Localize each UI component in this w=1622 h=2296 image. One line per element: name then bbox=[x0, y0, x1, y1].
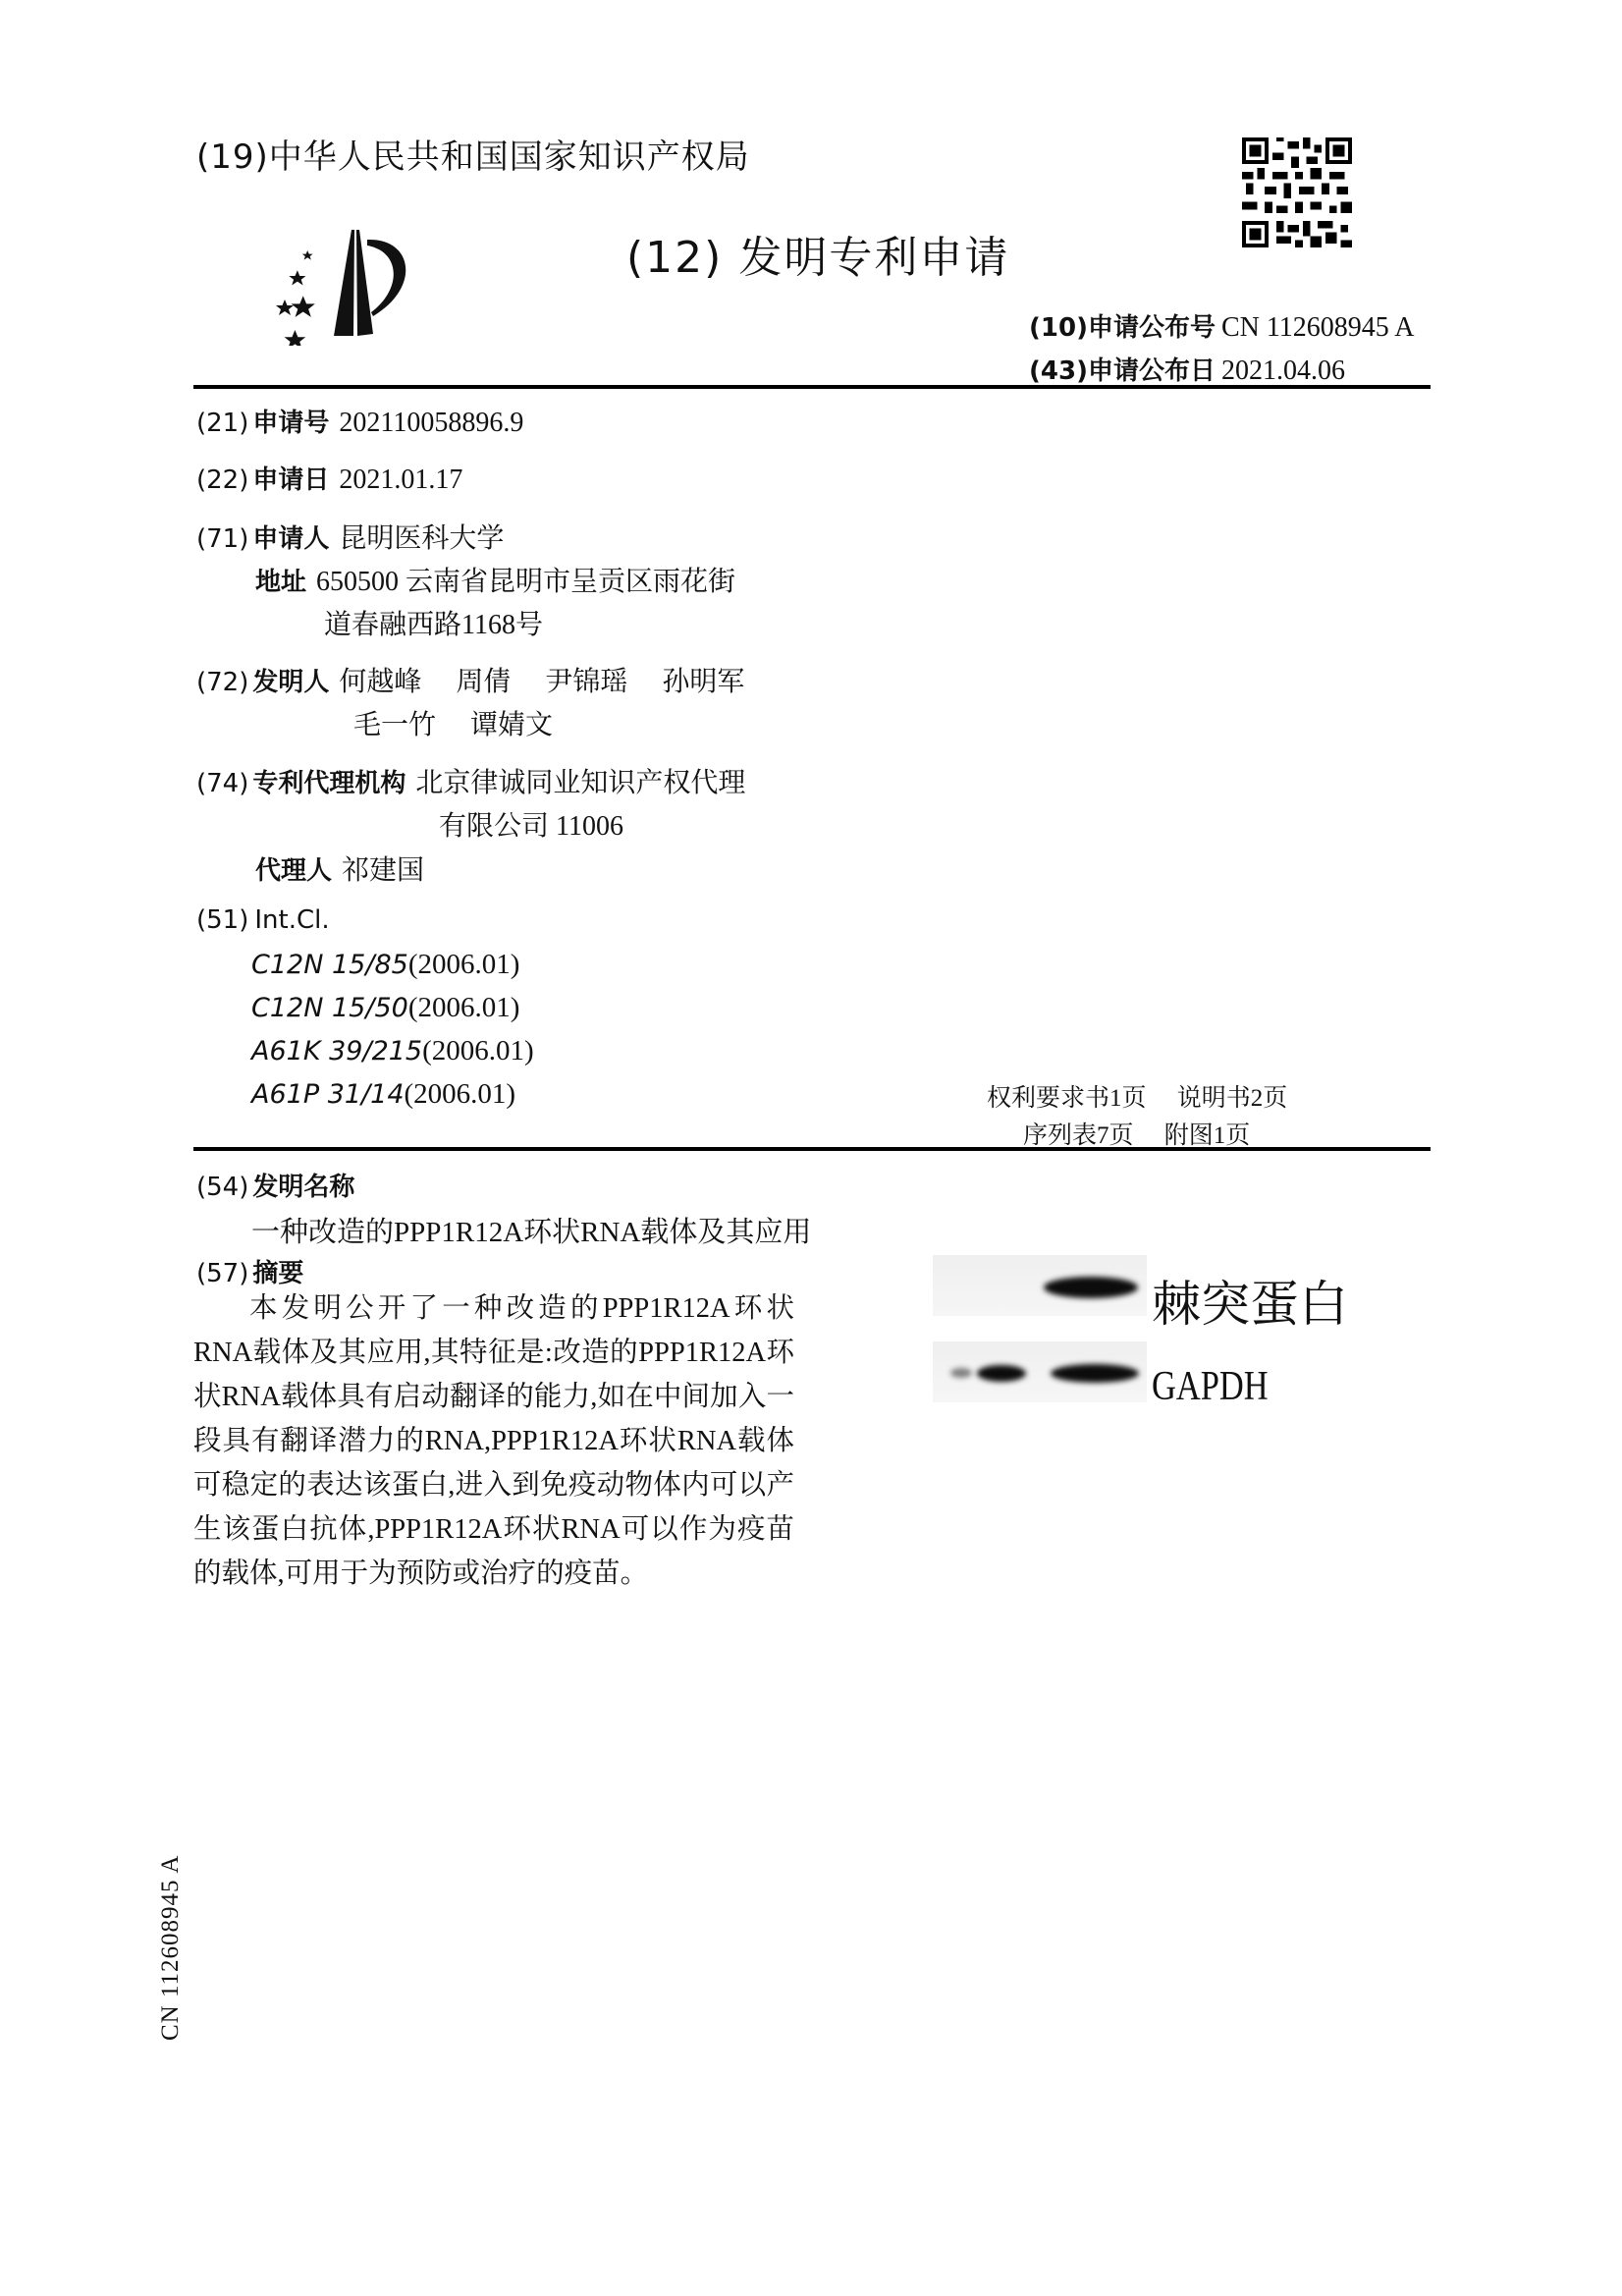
field-agent: 代理人祁建国 bbox=[251, 848, 424, 888]
abstract-figure: 棘突蛋白 GAPDH bbox=[928, 1247, 1360, 1414]
section-title-heading: (54)发明名称 bbox=[196, 1167, 354, 1203]
publication-date-label: (43)申请公布日 bbox=[1029, 356, 1216, 386]
field-agency: (74)专利代理机构北京律诚同业知识产权代理 bbox=[196, 761, 745, 800]
office-num: (19) bbox=[196, 137, 269, 177]
ipc-item: A61P 31/14(2006.01) bbox=[251, 1078, 515, 1111]
document-type: (12) 发明专利申请 bbox=[626, 222, 1009, 285]
blot-row-spike bbox=[933, 1255, 1147, 1316]
abstract-text: 本发明公开了一种改造的PPP1R12A环状RNA载体及其应用,其特征是:改造的P… bbox=[193, 1286, 794, 1596]
blot-label-spike: 棘突蛋白 bbox=[1152, 1265, 1348, 1336]
publication-number: (10)申请公布号CN 112608945 A bbox=[1029, 307, 1415, 344]
cnipa-logo-icon bbox=[265, 218, 432, 346]
ipc-item: C12N 15/85(2006.01) bbox=[251, 949, 519, 981]
office-text: 中华人民共和国国家知识产权局 bbox=[269, 137, 750, 177]
divider-bottom bbox=[193, 1147, 1431, 1151]
publication-date-value: 2021.04.06 bbox=[1221, 355, 1345, 386]
field-inventors: (72)发明人何越峰 周倩 尹锦瑶 孙明军 bbox=[196, 660, 744, 699]
publication-number-label: (10)申请公布号 bbox=[1029, 313, 1216, 343]
doctype-text: 发明专利申请 bbox=[738, 233, 1009, 283]
field-applicant: (71)申请人昆明医科大学 bbox=[196, 517, 504, 556]
band bbox=[950, 1368, 972, 1378]
ipc-item: C12N 15/50(2006.01) bbox=[251, 992, 519, 1024]
doctype-num: (12) bbox=[626, 233, 723, 283]
band bbox=[1044, 1277, 1138, 1298]
field-filing-date: (22)申请日2021.01.17 bbox=[196, 460, 462, 496]
blot-row-gapdh bbox=[933, 1341, 1147, 1402]
field-int-cl: (51)Int.Cl. bbox=[196, 905, 330, 935]
qr-code-icon[interactable] bbox=[1242, 137, 1352, 247]
blot-label-gapdh: GAPDH bbox=[1152, 1363, 1269, 1410]
publication-number-value: CN 112608945 A bbox=[1221, 312, 1415, 343]
office-name: (19)中华人民共和国国家知识产权局 bbox=[196, 130, 750, 178]
invention-title: 一种改造的PPP1R12A环状RNA载体及其应用 bbox=[251, 1210, 811, 1250]
divider-top bbox=[193, 385, 1431, 389]
section-abstract-heading: (57)摘要 bbox=[196, 1253, 303, 1289]
field-inventors-line2: 毛一竹 谭婧文 bbox=[353, 703, 553, 742]
field-address: 地址650500 云南省昆明市呈贡区雨花街 bbox=[251, 560, 735, 599]
band bbox=[1051, 1364, 1139, 1383]
field-agency-line2: 有限公司 11006 bbox=[439, 804, 623, 844]
field-application-number: (21)申请号202110058896.9 bbox=[196, 403, 523, 439]
page-counts-line2: 序列表7页 附图1页 bbox=[1023, 1116, 1250, 1151]
page-counts-line1: 权利要求书1页 说明书2页 bbox=[987, 1078, 1287, 1114]
field-address-line2: 道春融西路1168号 bbox=[324, 603, 543, 642]
band bbox=[977, 1365, 1026, 1382]
side-publication-number: CN 112608945 A bbox=[157, 1855, 185, 2041]
publication-date: (43)申请公布日2021.04.06 bbox=[1029, 351, 1345, 387]
ipc-item: A61K 39/215(2006.01) bbox=[251, 1035, 534, 1067]
